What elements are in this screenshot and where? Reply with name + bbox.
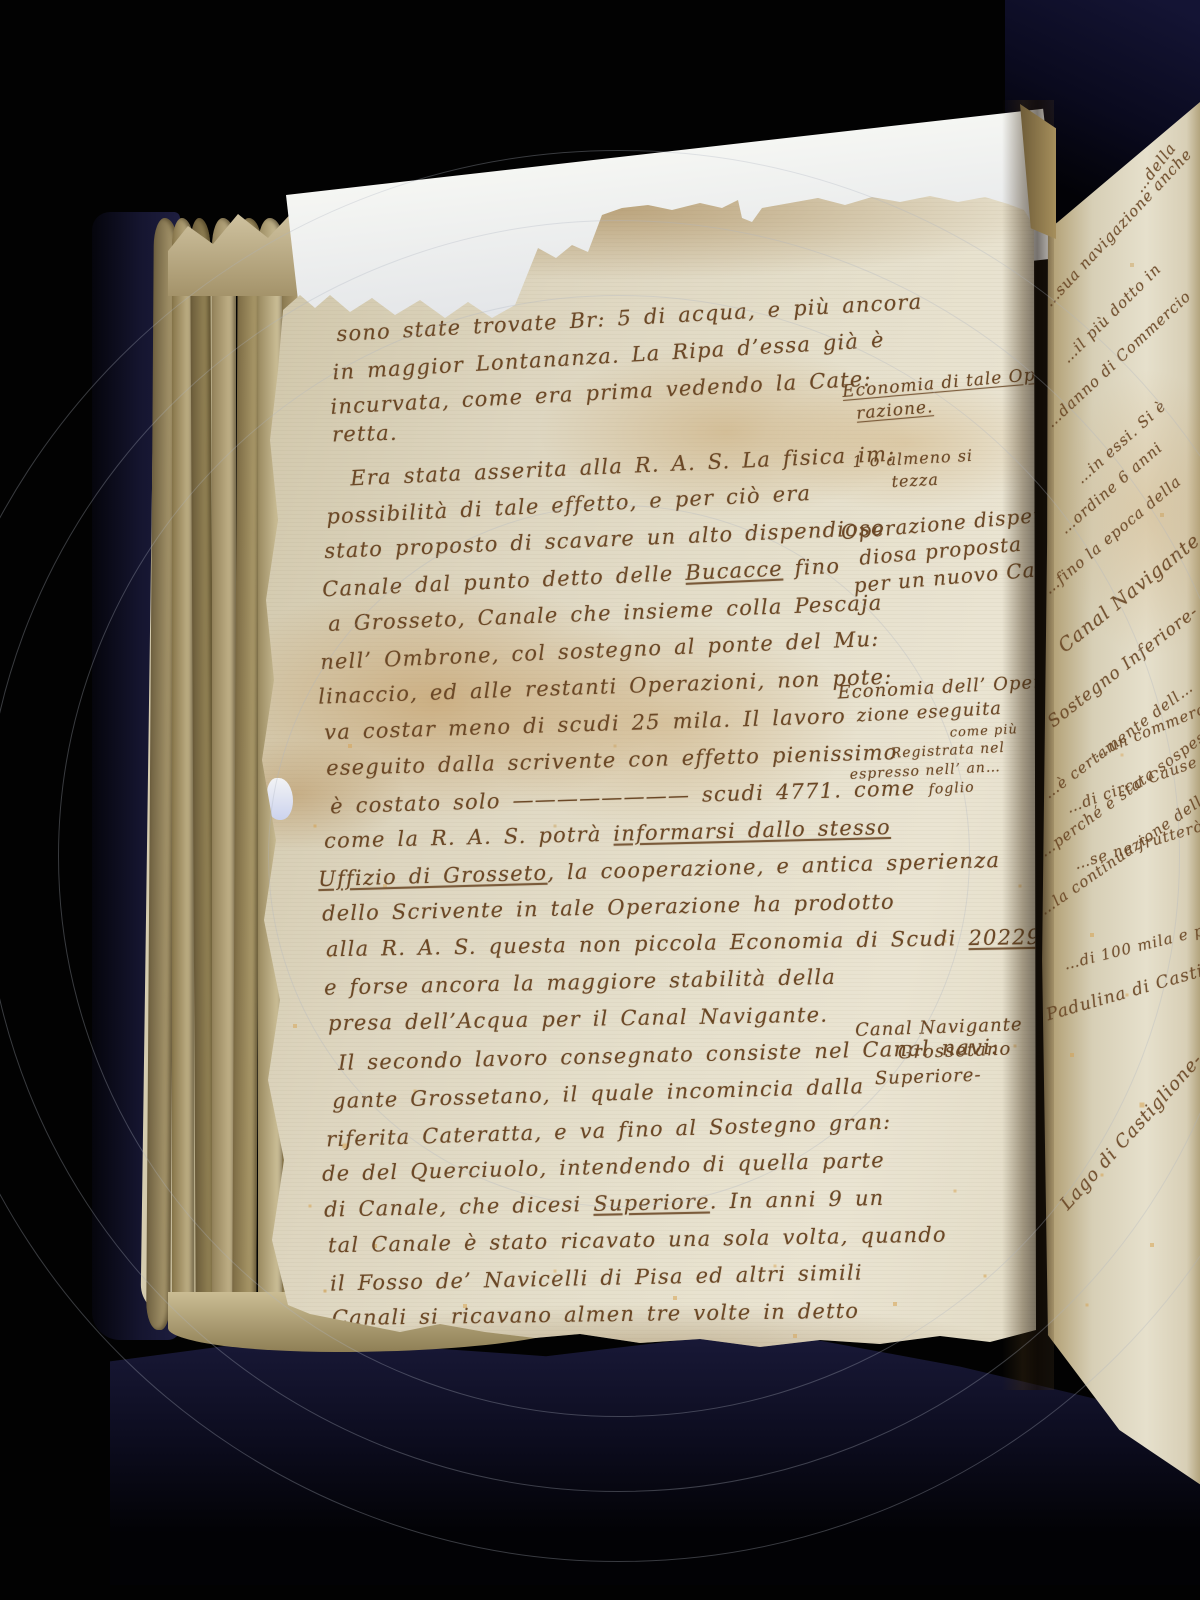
right-page: …della…sua navigazione anche…il più dott… <box>1032 95 1200 1490</box>
margin-note-economia-eseguita: Economia dell’ Operazione eseguitacome p… <box>827 670 1060 805</box>
right-page-fragment: Lago di Castiglione- <box>1056 1049 1200 1214</box>
left-page: sono state trovate Br: 5 di acqua, e più… <box>255 186 1040 1356</box>
right-page-fragment: …di 100 mila e più. <box>1062 916 1200 974</box>
margin-note-almeno-sicurezza: 1 o almeno sitezza <box>852 445 975 494</box>
margin-note-canal-navigante: Canal NaviganteGrossetanoSuperiore- <box>855 1013 1025 1092</box>
book-cover-bottom-edge <box>110 1325 1200 1585</box>
right-page-fragment: Canal Navigante <box>1054 529 1200 657</box>
margin-note-line: tezza <box>891 466 975 492</box>
manuscript-photo: sono state trovate Br: 5 di acqua, e più… <box>0 0 1200 1600</box>
